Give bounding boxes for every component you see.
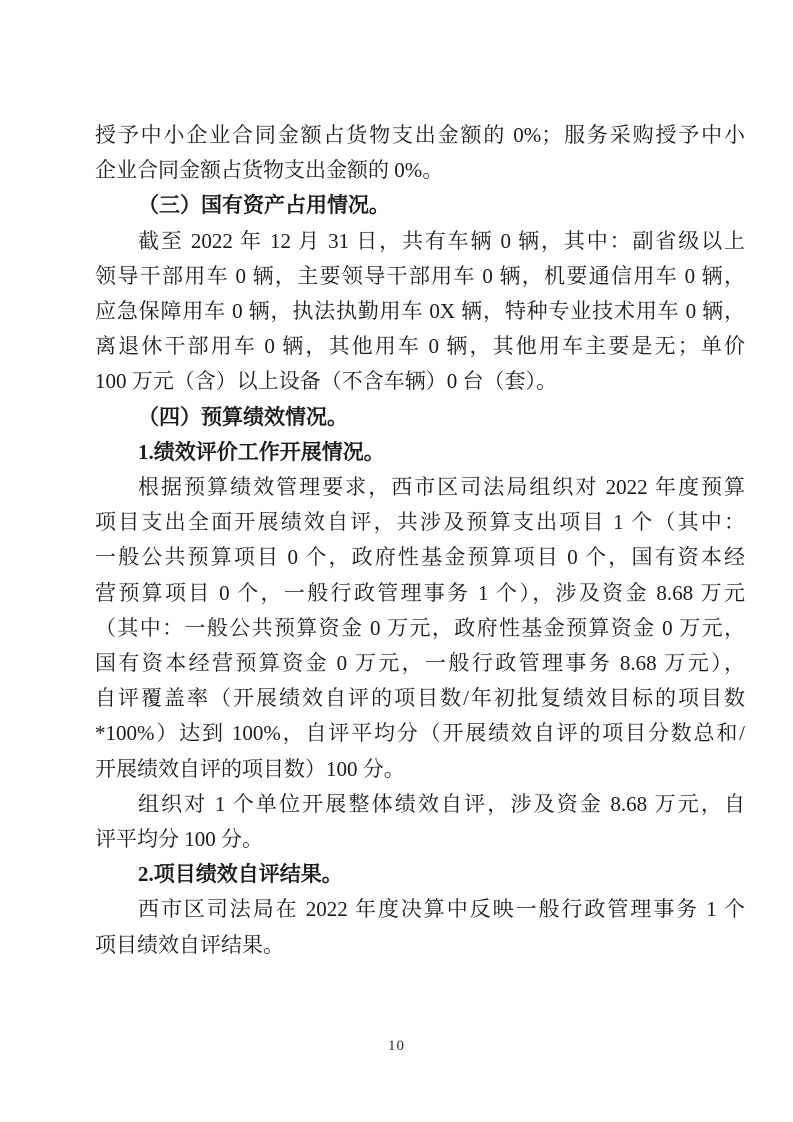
text-line: 离退休干部用车 0 辆，其他用车 0 辆，其他用车主要是无；单价 — [95, 329, 745, 364]
text-line: 企业合同金额占货物支出金额的 0%。 — [95, 153, 745, 188]
text-line: 国有资本经营预算资金 0 万元，一般行政管理事务 8.68 万元）， — [95, 646, 745, 681]
text-line: 截至 2022 年 12 月 31 日，共有车辆 0 辆，其中：副省级以上 — [95, 224, 745, 259]
section-heading: 1.绩效评价工作开展情况。 — [95, 435, 745, 470]
text-line: *100%）达到 100%，自评平均分（开展绩效自评的项目分数总和/ — [95, 716, 745, 751]
text-line: 根据预算绩效管理要求，西市区司法局组织对 2022 年度预算 — [95, 470, 745, 505]
section-heading: 2.项目绩效自评结果。 — [95, 857, 745, 892]
text-line: 授予中小企业合同金额占货物支出金额的 0%；服务采购授予中小 — [95, 118, 745, 153]
text-line: 项目绩效自评结果。 — [95, 928, 745, 963]
text-line: 组织对 1 个单位开展整体绩效自评，涉及资金 8.68 万元，自 — [95, 787, 745, 822]
text-line: 自评覆盖率（开展绩效自评的项目数/年初批复绩效目标的项目数 — [95, 681, 745, 716]
section-heading: （三）国有资产占用情况。 — [95, 188, 745, 223]
text-line: 100 万元（含）以上设备（不含车辆）0 台（套）。 — [95, 364, 745, 399]
text-line: 领导干部用车 0 辆，主要领导干部用车 0 辆，机要通信用车 0 辆， — [95, 259, 745, 294]
document-body: 授予中小企业合同金额占货物支出金额的 0%；服务采购授予中小 企业合同金额占货物… — [95, 118, 745, 963]
document-page: 授予中小企业合同金额占货物支出金额的 0%；服务采购授予中小 企业合同金额占货物… — [0, 0, 793, 1122]
section-heading: （四）预算绩效情况。 — [95, 400, 745, 435]
text-line: 一般公共预算项目 0 个，政府性基金预算项目 0 个，国有资本经 — [95, 540, 745, 575]
text-line: （其中：一般公共预算资金 0 万元，政府性基金预算资金 0 万元， — [95, 611, 745, 646]
text-line: 评平均分 100 分。 — [95, 822, 745, 857]
text-line: 应急保障用车 0 辆，执法执勤用车 0X 辆，特种专业技术用车 0 辆， — [95, 294, 745, 329]
text-line: 西市区司法局在 2022 年度决算中反映一般行政管理事务 1 个 — [95, 892, 745, 927]
text-line: 项目支出全面开展绩效自评，共涉及预算支出项目 1 个（其中： — [95, 505, 745, 540]
text-line: 营预算项目 0 个，一般行政管理事务 1 个），涉及资金 8.68 万元 — [95, 576, 745, 611]
text-line: 开展绩效自评的项目数）100 分。 — [95, 752, 745, 787]
page-number: 10 — [0, 1038, 793, 1055]
